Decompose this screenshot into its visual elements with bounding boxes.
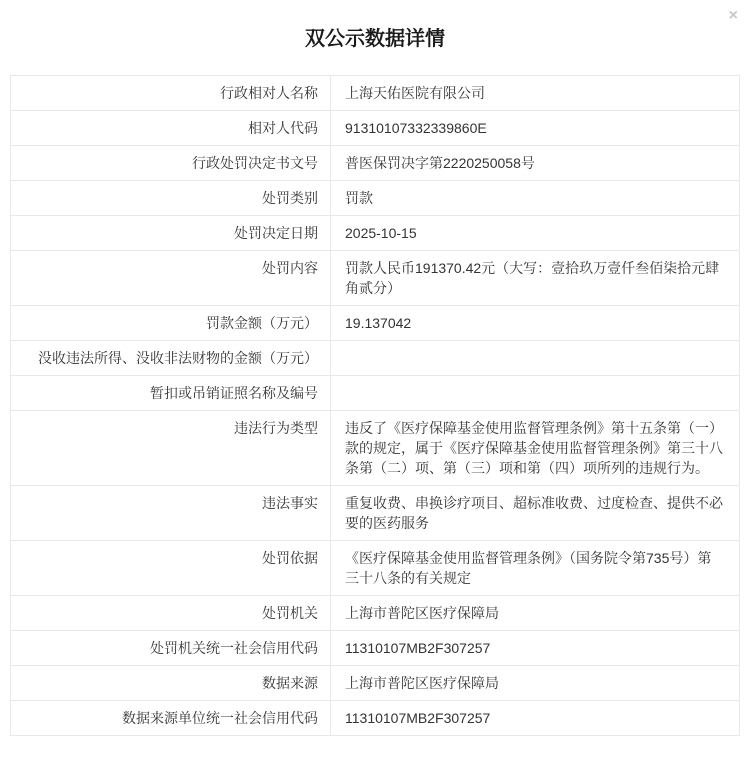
row-value: 91310107332339860E bbox=[331, 111, 740, 146]
row-label: 处罚依据 bbox=[11, 541, 331, 596]
table-row: 数据来源上海市普陀区医疗保障局 bbox=[11, 666, 740, 701]
table-row: 违法行为类型违反了《医疗保障基金使用监督管理条例》第十五条第（一）款的规定，属于… bbox=[11, 411, 740, 486]
row-label: 违法事实 bbox=[11, 486, 331, 541]
row-value: 2025-10-15 bbox=[331, 216, 740, 251]
row-label: 数据来源 bbox=[11, 666, 331, 701]
row-label: 罚款金额（万元） bbox=[11, 306, 331, 341]
table-row: 处罚机关上海市普陀区医疗保障局 bbox=[11, 596, 740, 631]
table-row: 没收违法所得、没收非法财物的金额（万元） bbox=[11, 341, 740, 376]
detail-table: 行政相对人名称上海天佑医院有限公司相对人代码91310107332339860E… bbox=[10, 75, 740, 736]
table-row: 行政处罚决定书文号普医保罚决字第2220250058号 bbox=[11, 146, 740, 181]
table-row: 违法事实重复收费、串换诊疗项目、超标准收费、过度检查、提供不必要的医药服务 bbox=[11, 486, 740, 541]
table-row: 暂扣或吊销证照名称及编号 bbox=[11, 376, 740, 411]
row-value: 罚款 bbox=[331, 181, 740, 216]
row-value: 普医保罚决字第2220250058号 bbox=[331, 146, 740, 181]
row-label: 违法行为类型 bbox=[11, 411, 331, 486]
close-icon[interactable]: × bbox=[729, 8, 738, 24]
row-label: 处罚决定日期 bbox=[11, 216, 331, 251]
row-label: 相对人代码 bbox=[11, 111, 331, 146]
table-row: 处罚依据《医疗保障基金使用监督管理条例》（国务院令第735号）第三十八条的有关规… bbox=[11, 541, 740, 596]
row-value: 上海市普陀区医疗保障局 bbox=[331, 666, 740, 701]
row-label: 处罚内容 bbox=[11, 251, 331, 306]
row-label: 数据来源单位统一社会信用代码 bbox=[11, 701, 331, 736]
page-title: 双公示数据详情 bbox=[0, 28, 750, 51]
table-row: 处罚决定日期2025-10-15 bbox=[11, 216, 740, 251]
row-value bbox=[331, 376, 740, 411]
row-value: 19.137042 bbox=[331, 306, 740, 341]
row-label: 处罚类别 bbox=[11, 181, 331, 216]
row-value: 《医疗保障基金使用监督管理条例》（国务院令第735号）第三十八条的有关规定 bbox=[331, 541, 740, 596]
row-value: 11310107MB2F307257 bbox=[331, 631, 740, 666]
table-row: 处罚机关统一社会信用代码11310107MB2F307257 bbox=[11, 631, 740, 666]
row-value: 罚款人民币191370.42元（大写：壹拾玖万壹仟叁佰柒拾元肆角贰分） bbox=[331, 251, 740, 306]
row-label: 行政处罚决定书文号 bbox=[11, 146, 331, 181]
row-value: 上海市普陀区医疗保障局 bbox=[331, 596, 740, 631]
table-row: 处罚内容罚款人民币191370.42元（大写：壹拾玖万壹仟叁佰柒拾元肆角贰分） bbox=[11, 251, 740, 306]
table-row: 罚款金额（万元）19.137042 bbox=[11, 306, 740, 341]
row-value: 违反了《医疗保障基金使用监督管理条例》第十五条第（一）款的规定，属于《医疗保障基… bbox=[331, 411, 740, 486]
row-label: 处罚机关 bbox=[11, 596, 331, 631]
row-label: 行政相对人名称 bbox=[11, 76, 331, 111]
row-value: 11310107MB2F307257 bbox=[331, 701, 740, 736]
row-label: 处罚机关统一社会信用代码 bbox=[11, 631, 331, 666]
table-row: 行政相对人名称上海天佑医院有限公司 bbox=[11, 76, 740, 111]
table-row: 相对人代码91310107332339860E bbox=[11, 111, 740, 146]
row-value: 重复收费、串换诊疗项目、超标准收费、过度检查、提供不必要的医药服务 bbox=[331, 486, 740, 541]
row-label: 暂扣或吊销证照名称及编号 bbox=[11, 376, 331, 411]
table-row: 数据来源单位统一社会信用代码11310107MB2F307257 bbox=[11, 701, 740, 736]
row-value bbox=[331, 341, 740, 376]
detail-table-body: 行政相对人名称上海天佑医院有限公司相对人代码91310107332339860E… bbox=[11, 76, 740, 736]
row-label: 没收违法所得、没收非法财物的金额（万元） bbox=[11, 341, 331, 376]
table-row: 处罚类别罚款 bbox=[11, 181, 740, 216]
row-value: 上海天佑医院有限公司 bbox=[331, 76, 740, 111]
